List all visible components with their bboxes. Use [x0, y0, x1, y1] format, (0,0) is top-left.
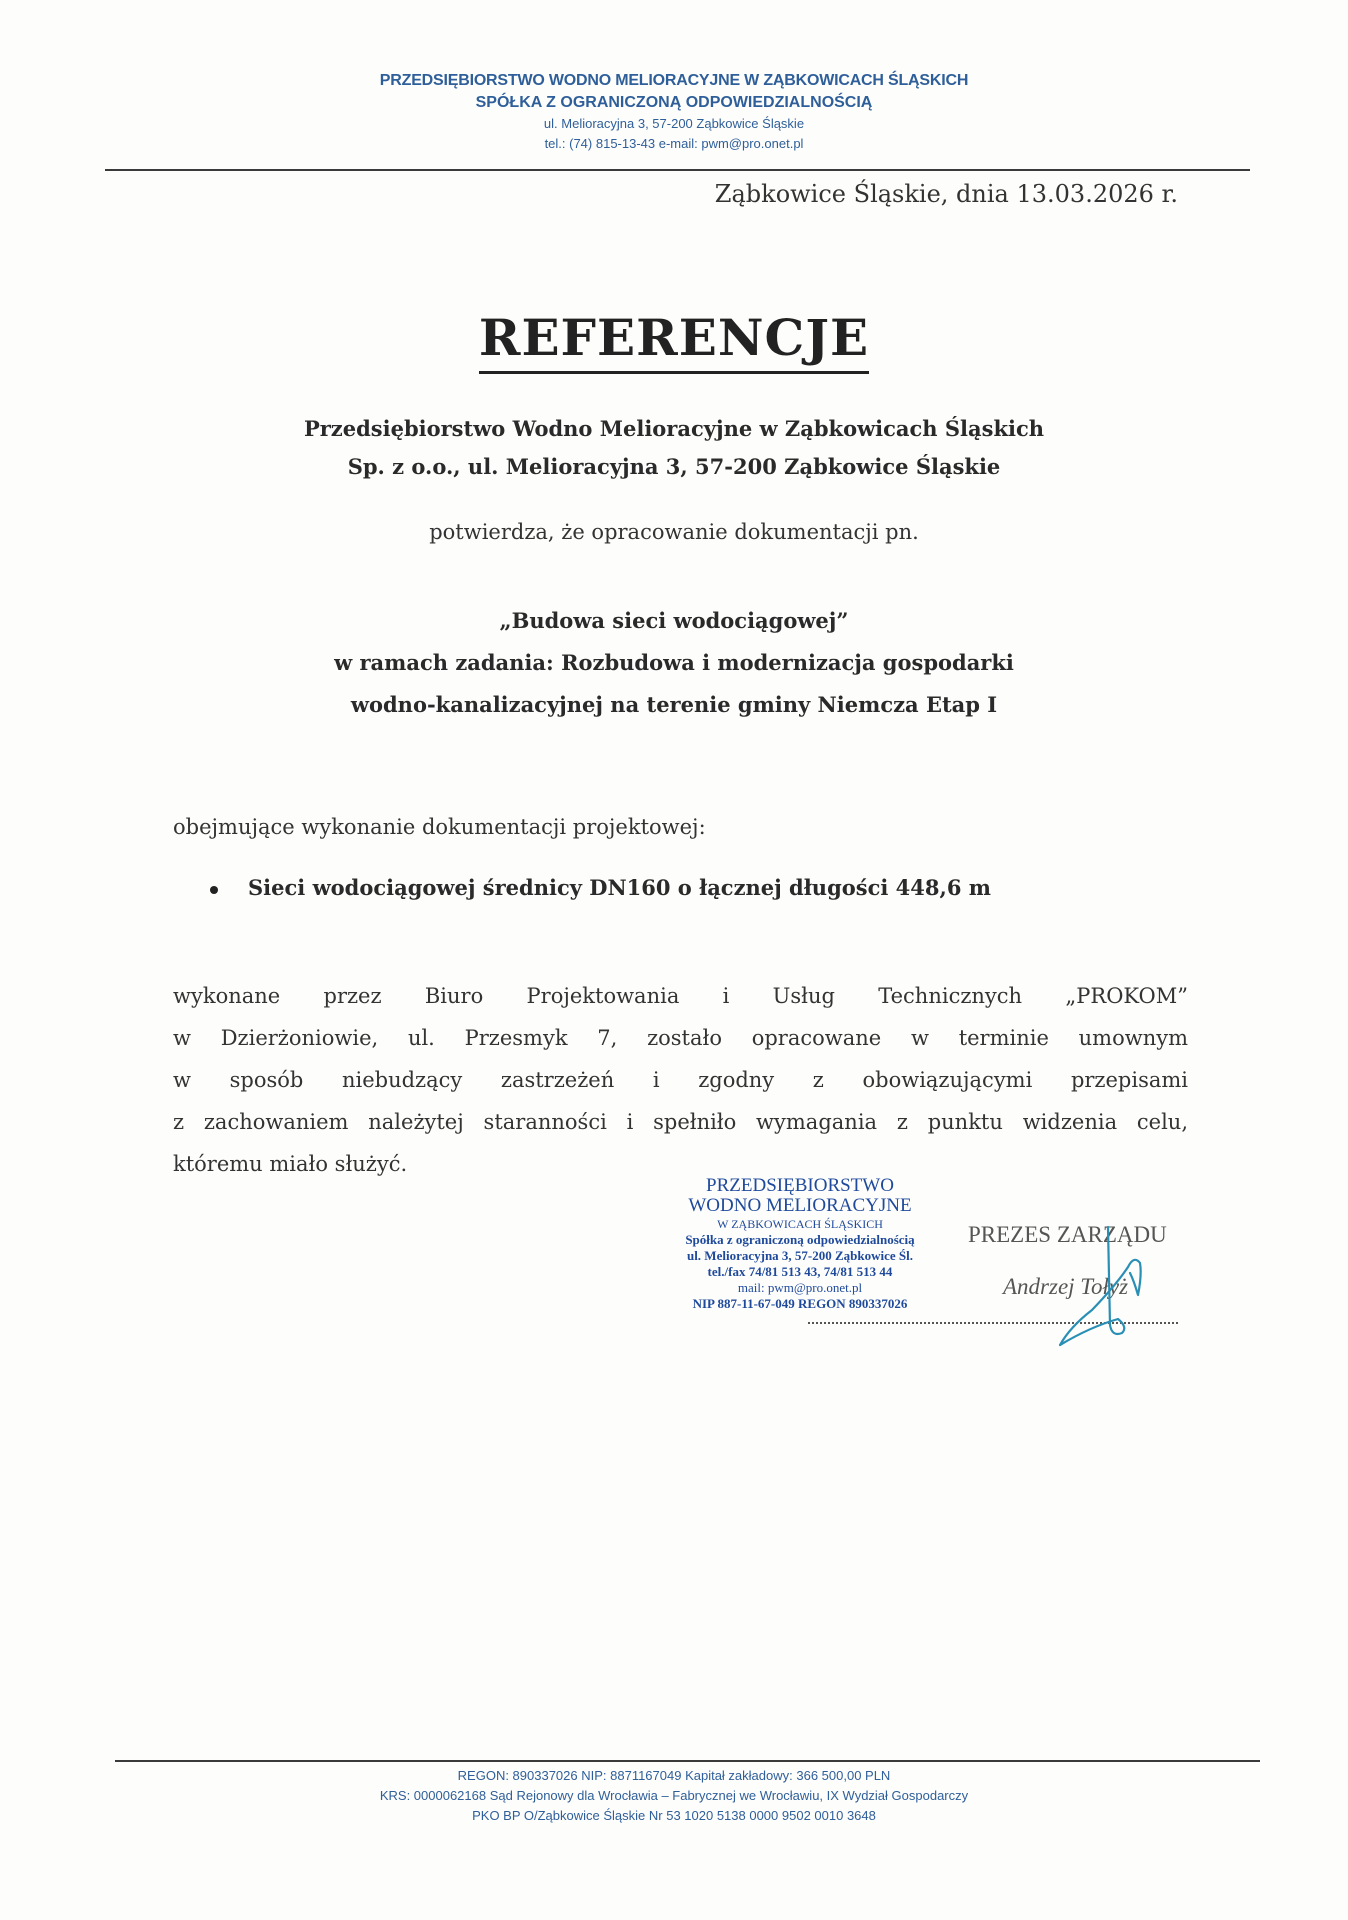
body-paragraph: wykonane przez Biuro Projektowania i Usł…	[173, 975, 1188, 1185]
stamp-line: W ZĄBKOWICACH ŚLĄSKICH	[640, 1216, 960, 1232]
issuer-line-2: Sp. z o.o., ul. Melioracyjna 3, 57-200 Z…	[0, 448, 1348, 486]
letterhead-address: ul. Melioracyjna 3, 57-200 Ząbkowice Ślą…	[0, 114, 1348, 134]
issuer-block: Przedsiębiorstwo Wodno Melioracyjne w Zą…	[0, 410, 1348, 486]
footer-divider	[115, 1760, 1260, 1762]
footer: REGON: 890337026 NIP: 8871167049 Kapitał…	[0, 1766, 1348, 1826]
scope-list-item: Sieci wodociągowej średnicy DN160 o łącz…	[210, 875, 991, 900]
stamp-line: NIP 887-11-67-049 REGON 890337026	[640, 1296, 960, 1312]
company-stamp: PRZEDSIĘBIORSTWO WODNO MELIORACYJNE W ZĄ…	[640, 1176, 960, 1312]
project-block: „Budowa sieci wodociągowej” w ramach zad…	[0, 600, 1348, 726]
stamp-line: WODNO MELIORACYJNE	[640, 1196, 960, 1216]
scope-item-text: Sieci wodociągowej średnicy DN160 o łącz…	[248, 875, 991, 900]
header-divider	[105, 169, 1250, 171]
document-title-wrap: REFERENCJE	[0, 308, 1348, 367]
scope-label: obejmujące wykonanie dokumentacji projek…	[173, 815, 706, 839]
stamp-line: tel./fax 74/81 513 43, 74/81 513 44	[640, 1264, 960, 1280]
letterhead-company-name: PRZEDSIĘBIORSTWO WODNO MELIORACYJNE W ZĄ…	[0, 70, 1348, 92]
body-line: w Dzierżoniowie, ul. Przesmyk 7, zostało…	[173, 1017, 1188, 1059]
confirm-text: potwierdza, że opracowanie dokumentacji …	[0, 520, 1348, 544]
issuer-line-1: Przedsiębiorstwo Wodno Melioracyjne w Zą…	[0, 410, 1348, 448]
body-line: w sposób niebudzący zastrzeżeń i zgodny …	[173, 1059, 1188, 1101]
document-title: REFERENCJE	[479, 308, 869, 374]
footer-court: KRS: 0000062168 Sąd Rejonowy dla Wrocław…	[0, 1786, 1348, 1806]
stamp-line: ul. Melioracyjna 3, 57-200 Ząbkowice Śl.	[640, 1248, 960, 1264]
footer-registration: REGON: 890337026 NIP: 8871167049 Kapitał…	[0, 1766, 1348, 1786]
body-line: z zachowaniem należytej staranności i sp…	[173, 1101, 1188, 1143]
project-task-line-2: wodno-kanalizacyjnej na terenie gminy Ni…	[0, 684, 1348, 726]
footer-bank-account: PKO BP O/Ząbkowice Śląskie Nr 53 1020 51…	[0, 1806, 1348, 1826]
handwritten-signature-icon	[1030, 1215, 1180, 1355]
date-line: Ząbkowice Śląskie, dnia 13.03.2026 r.	[715, 180, 1178, 208]
project-task-line-1: w ramach zadania: Rozbudowa i modernizac…	[0, 642, 1348, 684]
letterhead: PRZEDSIĘBIORSTWO WODNO MELIORACYJNE W ZĄ…	[0, 70, 1348, 154]
letterhead-contact: tel.: (74) 815-13-43 e-mail: pwm@pro.one…	[0, 134, 1348, 154]
body-line: wykonane przez Biuro Projektowania i Usł…	[173, 975, 1188, 1017]
stamp-line: PRZEDSIĘBIORSTWO	[640, 1176, 960, 1196]
project-title: „Budowa sieci wodociągowej”	[0, 600, 1348, 642]
stamp-line: mail: pwm@pro.onet.pl	[640, 1280, 960, 1296]
stamp-line: Spółka z ograniczoną odpowiedzialnością	[640, 1232, 960, 1248]
letterhead-company-form: SPÓŁKA Z OGRANICZONĄ ODPOWIEDZIALNOŚCIĄ	[0, 92, 1348, 114]
bullet-icon	[210, 886, 218, 894]
